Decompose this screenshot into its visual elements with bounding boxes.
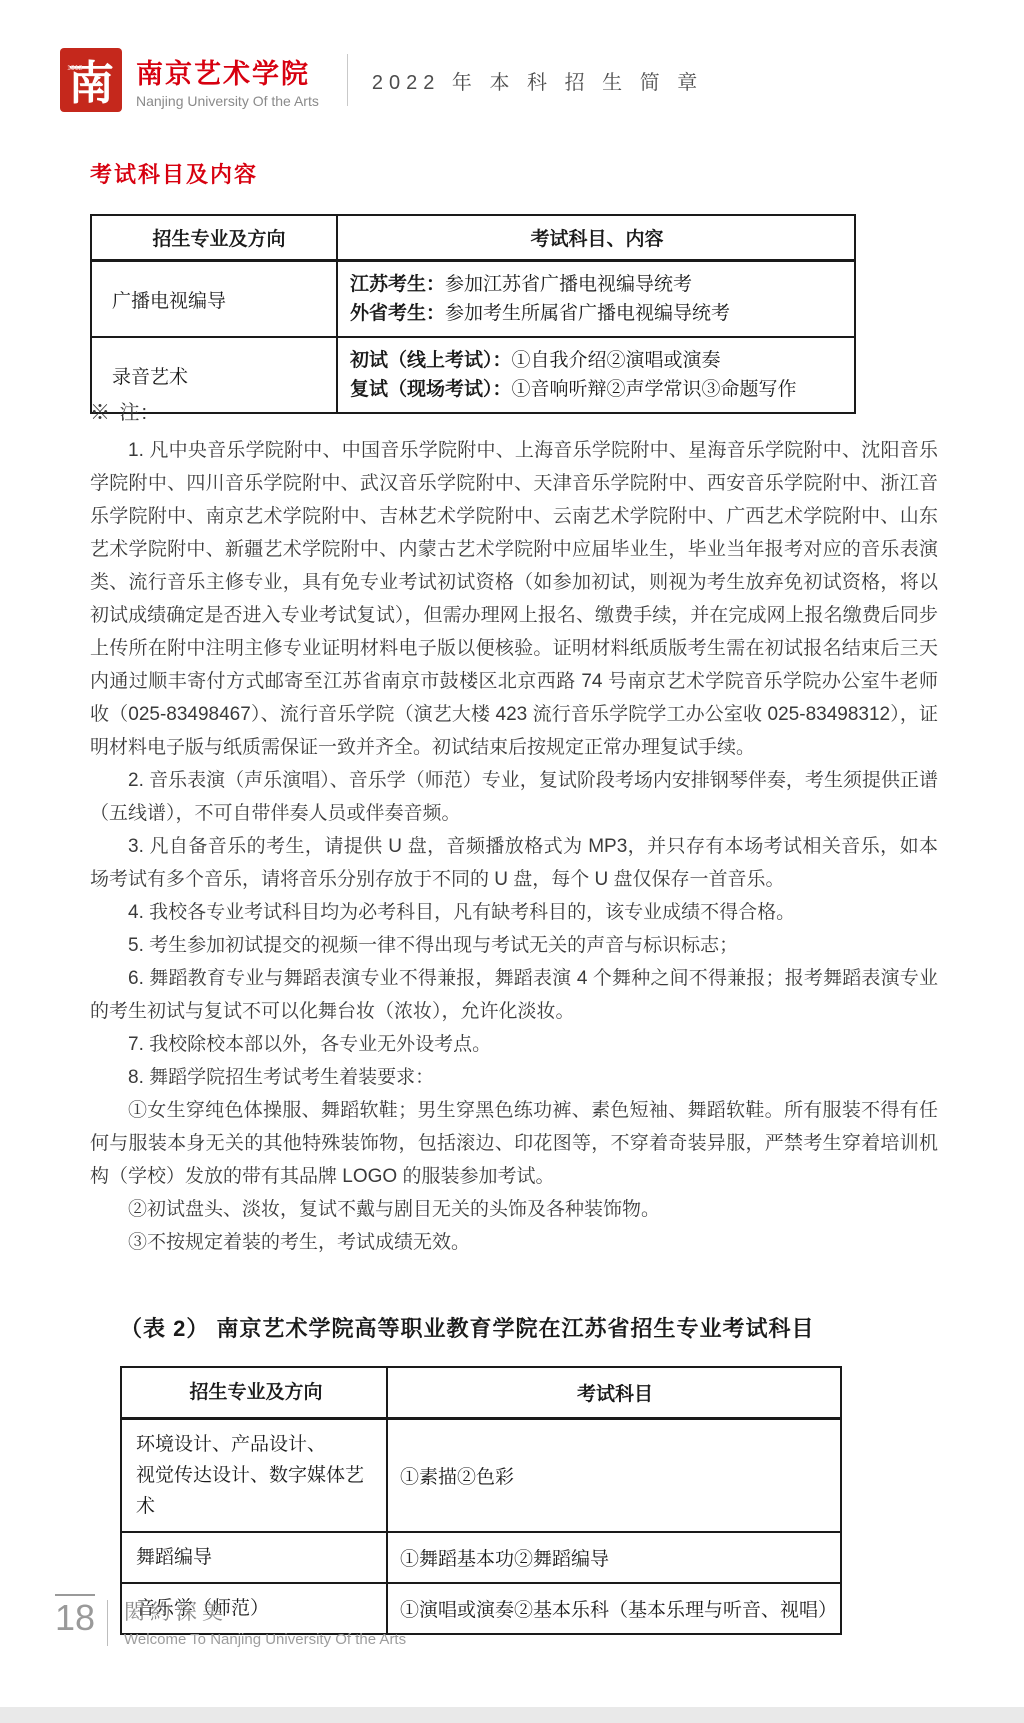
page-header: 南 1912 南京艺术学院 Nanjing University Of the … — [60, 48, 703, 112]
major-line: 视觉传达设计、数字媒体艺术 — [136, 1460, 376, 1522]
section-heading-table2: （表 2） 南京艺术学院高等职业教育学院在江苏省招生专业考试科目 — [120, 1312, 814, 1343]
note-item: 8. 舞蹈学院招生考试考生着装要求： — [90, 1061, 938, 1094]
header-divider — [347, 54, 348, 106]
university-brand: 南京艺术学院 Nanjing University Of the Arts — [136, 52, 319, 109]
exam-subjects-table: 招生专业及方向 考试科目、内容 广播电视编导 江苏考生：参加江苏省广播电视编导统… — [90, 214, 856, 414]
col-header-major: 招生专业及方向 — [121, 1367, 387, 1419]
major-cell: 舞蹈编导 — [121, 1532, 387, 1583]
table-row: 环境设计、产品设计、 视觉传达设计、数字媒体艺术 ①素描②色彩 — [121, 1419, 841, 1533]
bottom-strip — [0, 1707, 1024, 1723]
table-header-row: 招生专业及方向 考试科目、内容 — [91, 215, 855, 261]
col-header-subjects: 考试科目、内容 — [337, 215, 855, 261]
note-item: 4. 我校各专业考试科目均为必考科目，凡有缺考科目的，该专业成绩不得合格。 — [90, 896, 938, 929]
table-row: 舞蹈编导 ①舞蹈基本功②舞蹈编导 — [121, 1532, 841, 1583]
note-item: 1. 凡中央音乐学院附中、中国音乐学院附中、上海音乐学院附中、星海音乐学院附中、… — [90, 434, 938, 764]
subjects-cell: ①舞蹈基本功②舞蹈编导 — [387, 1532, 841, 1583]
university-name-en: Nanjing University Of the Arts — [136, 93, 319, 109]
note-item: 3. 凡自备音乐的考生，请提供 U 盘，音频播放格式为 MP3，并只存有本场考试… — [90, 830, 938, 896]
document-page: 南 1912 南京艺术学院 Nanjing University Of the … — [0, 0, 1024, 1723]
university-name-cn: 南京艺术学院 — [136, 52, 319, 91]
section-heading-exam-subjects: 考试科目及内容 — [90, 158, 258, 189]
notes-marker: ※ 注: — [90, 396, 938, 425]
col-header-major: 招生专业及方向 — [91, 215, 337, 261]
exam-line: 初试（线上考试）：①自我介绍②演唱或演奏 — [350, 346, 844, 375]
note-item: 5. 考生参加初试提交的视频一律不得出现与考试无关的声音与标识标志； — [90, 929, 938, 962]
welcome-text: Welcome To Nanjing University Of the Art… — [124, 1631, 406, 1648]
exam-line-label: 江苏考生： — [350, 274, 445, 295]
university-seal-logo: 南 1912 — [60, 48, 122, 112]
notes-body: 1. 凡中央音乐学院附中、中国音乐学院附中、上海音乐学院附中、星海音乐学院附中、… — [90, 434, 938, 1259]
major-cell: 环境设计、产品设计、 视觉传达设计、数字媒体艺术 — [121, 1419, 387, 1533]
note-item: ①女生穿纯色体操服、舞蹈软鞋；男生穿黑色练功裤、素色短袖、舞蹈软鞋。所有服装不得… — [90, 1094, 938, 1193]
subjects-cell: ①素描②色彩 — [387, 1419, 841, 1533]
exam-line-label: 外省考生： — [350, 303, 445, 324]
seal-glyph: 南 — [60, 48, 122, 112]
major-line: 环境设计、产品设计、 — [136, 1429, 376, 1460]
footer-text-block: 閎約深美 Welcome To Nanjing University Of th… — [124, 1594, 406, 1648]
note-item: ③不按规定着装的考生，考试成绩无效。 — [90, 1226, 938, 1259]
school-motto: 閎約深美 — [124, 1596, 406, 1626]
table-header-row: 招生专业及方向 考试科目 — [121, 1367, 841, 1419]
exam-line-text: ①自我介绍②演唱或演奏 — [512, 350, 721, 371]
exam-line-text: 参加考生所属省广播电视编导统考 — [445, 303, 730, 324]
subjects-cell: 江苏考生：参加江苏省广播电视编导统考 外省考生：参加考生所属省广播电视编导统考 — [337, 261, 855, 338]
exam-line-text: 参加江苏省广播电视编导统考 — [445, 274, 692, 295]
note-item: ②初试盘头、淡妆，复试不戴与剧目无关的头饰及各种装饰物。 — [90, 1193, 938, 1226]
exam-line: 外省考生：参加考生所属省广播电视编导统考 — [350, 299, 844, 328]
subjects-cell: ①演唱或演奏②基本乐科（基本乐理与听音、视唱） — [387, 1583, 841, 1634]
col-header-subjects: 考试科目 — [387, 1367, 841, 1419]
exam-line-label: 初试（线上考试）： — [350, 350, 512, 371]
brochure-title: 2022 年 本 科 招 生 简 章 — [372, 66, 703, 95]
page-number: 18 — [55, 1594, 95, 1638]
exam-line: 江苏考生：参加江苏省广播电视编导统考 — [350, 270, 844, 299]
seal-year: 1912 — [67, 65, 83, 72]
note-item: 7. 我校除校本部以外，各专业无外设考点。 — [90, 1028, 938, 1061]
notes-section: ※ 注: 1. 凡中央音乐学院附中、中国音乐学院附中、上海音乐学院附中、星海音乐… — [90, 396, 938, 1259]
major-cell: 广播电视编导 — [91, 261, 337, 338]
table-row: 广播电视编导 江苏考生：参加江苏省广播电视编导统考 外省考生：参加考生所属省广播… — [91, 261, 855, 338]
page-footer: 18 閎約深美 Welcome To Nanjing University Of… — [55, 1594, 406, 1648]
note-item: 2. 音乐表演（声乐演唱）、音乐学（师范）专业，复试阶段考场内安排钢琴伴奏，考生… — [90, 764, 938, 830]
footer-divider — [107, 1600, 108, 1646]
note-item: 6. 舞蹈教育专业与舞蹈表演专业不得兼报，舞蹈表演 4 个舞种之间不得兼报；报考… — [90, 962, 938, 1028]
